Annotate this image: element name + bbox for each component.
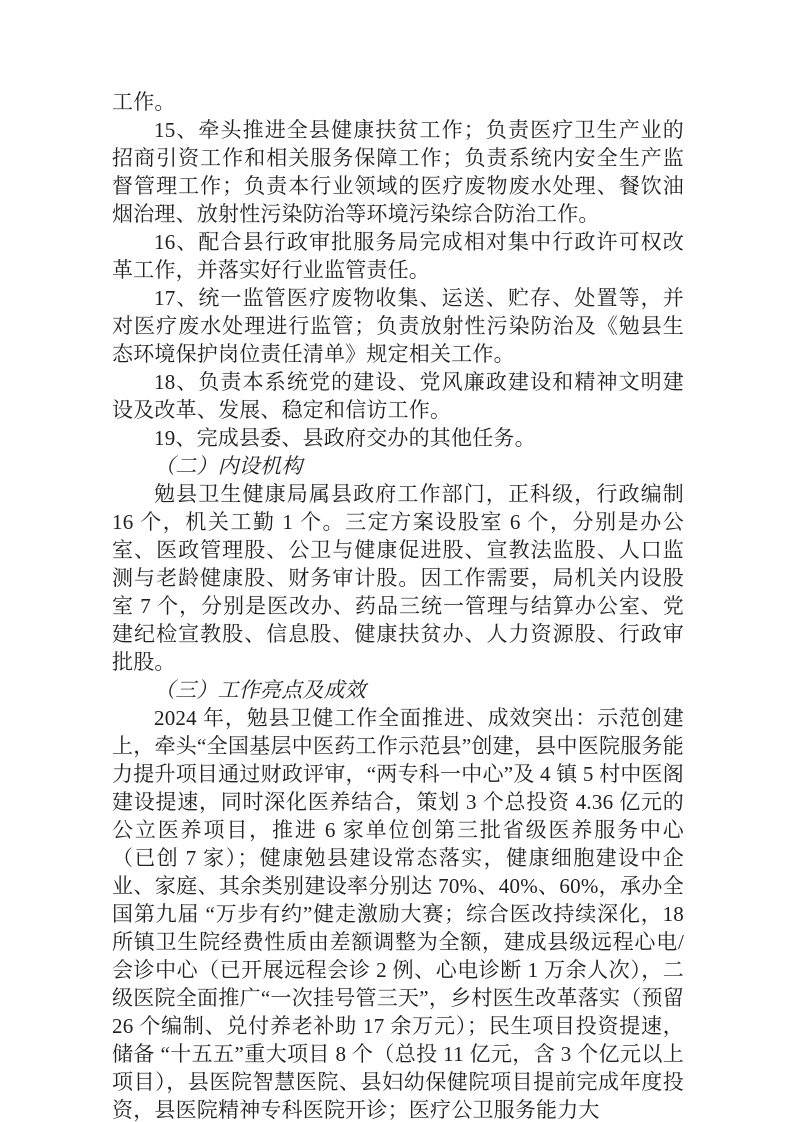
paragraph: 19、完成县委、县政府交办的其他任务。 bbox=[112, 424, 684, 452]
paragraph: 18、负责本系统党的建设、党风廉政建设和精神文明建设及改革、发展、稳定和信访工作… bbox=[112, 368, 684, 424]
section-heading: （二）内设机构 bbox=[112, 452, 684, 480]
paragraph: 勉县卫生健康局属县政府工作部门，正科级，行政编制 16 个，机关工勤 1 个。三… bbox=[112, 480, 684, 676]
document-body: 工作。15、牵头推进全县健康扶贫工作；负责医疗卫生产业的招商引资工作和相关服务保… bbox=[112, 88, 684, 1122]
document-page: 工作。15、牵头推进全县健康扶贫工作；负责医疗卫生产业的招商引资工作和相关服务保… bbox=[0, 0, 793, 1122]
paragraph: 15、牵头推进全县健康扶贫工作；负责医疗卫生产业的招商引资工作和相关服务保障工作… bbox=[112, 116, 684, 228]
paragraph: 16、配合县行政审批服务局完成相对集中行政许可权改革工作，并落实好行业监管责任。 bbox=[112, 228, 684, 284]
section-heading: （三）工作亮点及成效 bbox=[112, 676, 684, 704]
paragraph: 17、统一监管医疗废物收集、运送、贮存、处置等，并对医疗废水处理进行监管；负责放… bbox=[112, 284, 684, 368]
paragraph: 2024 年，勉县卫健工作全面推进、成效突出：示范创建上，牵头“全国基层中医药工… bbox=[112, 704, 684, 1122]
paragraph: 工作。 bbox=[112, 88, 684, 116]
